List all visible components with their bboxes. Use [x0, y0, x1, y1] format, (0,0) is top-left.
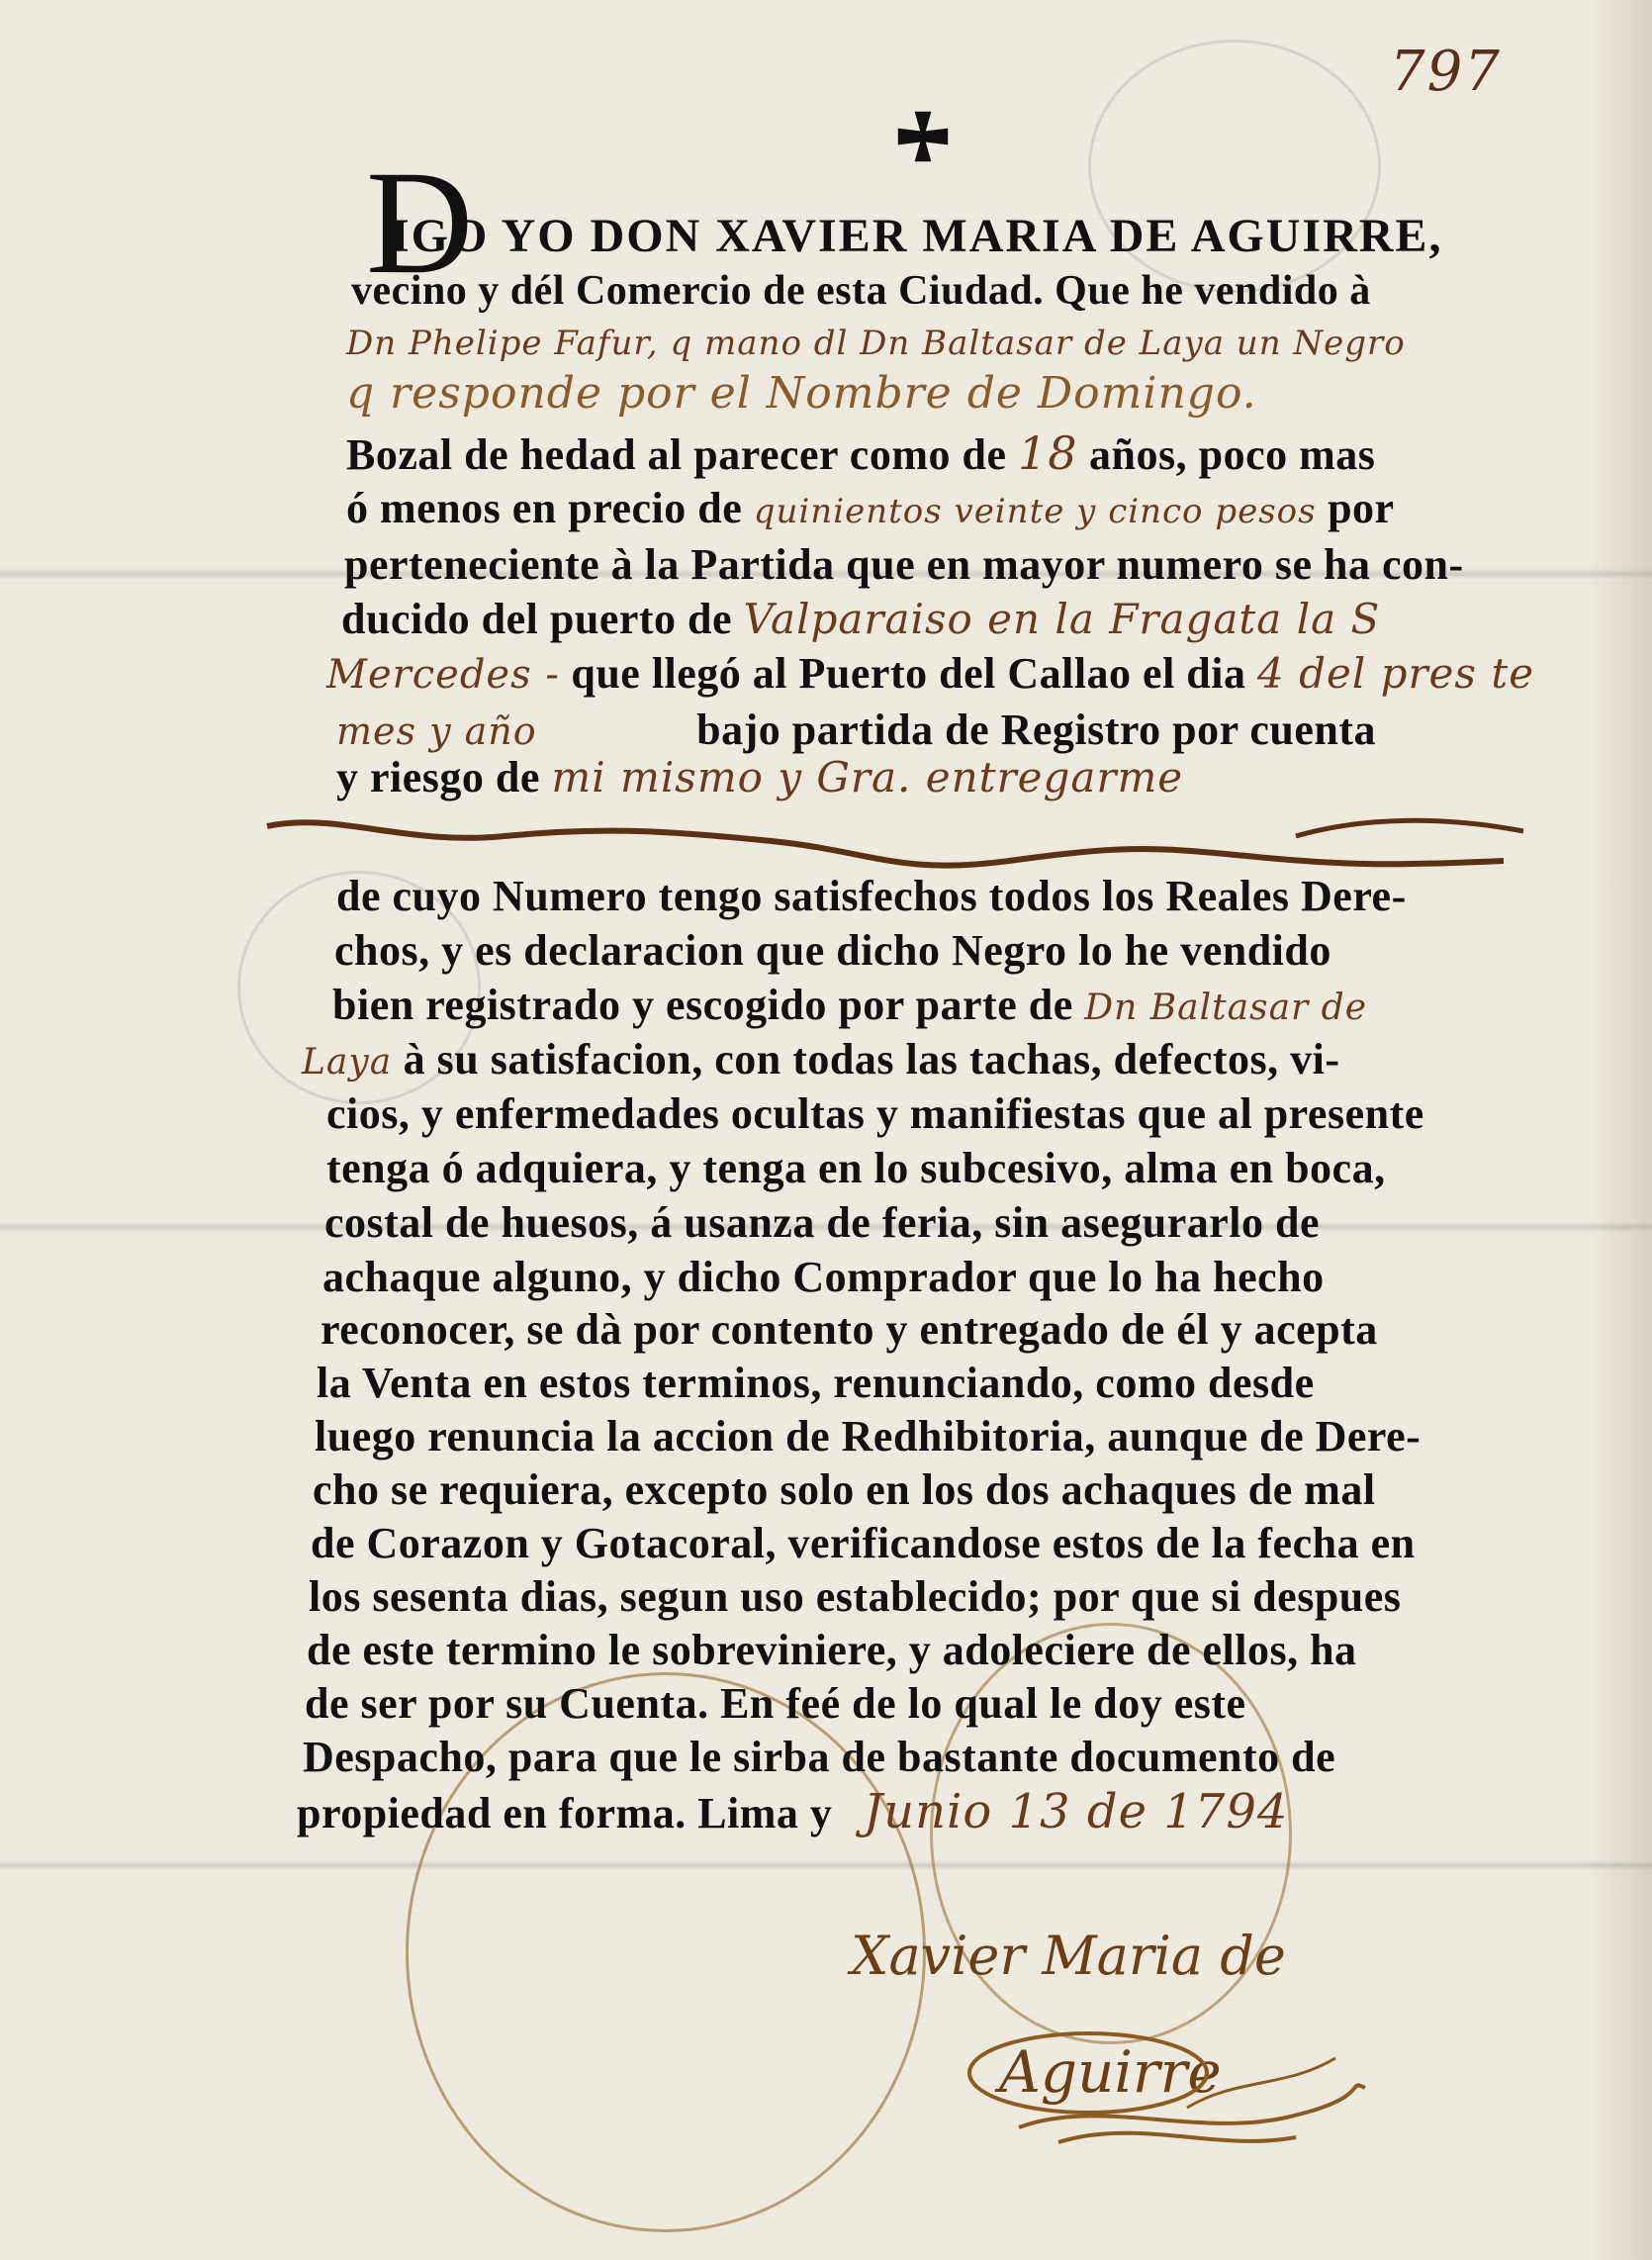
body-line: Laya à su satisfacion, con todas las tac… [302, 1034, 1340, 1088]
handwritten-insert: Dn Phelipe Fafur, q mano dl Dn Baltasar … [346, 324, 1406, 363]
handwritten-insert: mes y año [336, 709, 537, 753]
body-line: perteneciente à la Partida que en mayor … [344, 539, 1464, 591]
body-line: costal de huesos, á usanza de feria, sin… [324, 1197, 1320, 1249]
cross-pattee-icon [895, 109, 951, 164]
body-line: de Corazon y Gotacoral, verificandose es… [311, 1518, 1416, 1569]
handwritten-insert: Valparaiso en la Fragata la S [744, 595, 1381, 643]
handwritten-line: Dn Phelipe Fafur, q mano dl Dn Baltasar … [346, 315, 1406, 369]
body-line: de cuyo Numero tengo satisfechos todos l… [336, 871, 1407, 922]
body-line: de este termino le sobreviniere, y adole… [307, 1625, 1357, 1676]
signature-line-1: Xavier Maria de [851, 1925, 1286, 1987]
body-line: cios, y enfermedades ocultas y manifiest… [326, 1088, 1424, 1140]
body-line: Despacho, para que le sirba de bastante … [303, 1732, 1335, 1783]
body-line: Bozal de hedad al parecer como de 18 año… [346, 427, 1375, 481]
body-line: tenga ó adquiera, y tenga en lo subcesiv… [326, 1143, 1386, 1194]
handwritten-insert: 18 [1018, 426, 1078, 480]
body-line: reconocer, se dà por contento y entregad… [321, 1304, 1378, 1356]
heading-text: IGO YO DON XAVIER MARIA DE AGUIRRE, [391, 210, 1442, 262]
document-page: 797 D IGO YO DON XAVIER MARIA DE AGUIRRE… [0, 0, 1652, 2260]
body-line: la Venta en estos terminos, renunciando,… [317, 1358, 1315, 1409]
signature-rubric [960, 2019, 1375, 2157]
body-line: luego renuncia la accion de Redhibitoria… [315, 1411, 1421, 1462]
handwritten-line: q responde por el Nombre de Domingo. [346, 368, 1257, 420]
heading-line: IGO YO DON XAVIER MARIA DE AGUIRRE, [391, 211, 1442, 262]
body-line: Mercedes - que llegó al Puerto del Calla… [326, 648, 1534, 701]
body-line: los sesenta dias, segun uso establecido;… [309, 1571, 1401, 1623]
handwritten-insert: Dn Baltasar de [1084, 988, 1367, 1028]
handwritten-insert: mi mismo y Gra. entregarme [551, 753, 1183, 801]
body-line: propiedad en forma. Lima y Junio 13 de 1… [297, 1786, 1288, 1839]
handwritten-insert: quinientos veinte y cinco pesos [754, 492, 1317, 531]
body-line: de ser por su Cuenta. En feé de lo qual … [305, 1678, 1246, 1730]
body-line: chos, y es declaracion que dicho Negro l… [334, 925, 1331, 977]
handwritten-insert: Laya [302, 1042, 392, 1083]
handwritten-date: Junio 13 de 1794 [864, 1784, 1288, 1839]
folio-number: 797 [1390, 40, 1502, 104]
body-line: mes y año bajo partida de Registro por c… [336, 705, 1376, 757]
body-line: ducido del puerto de Valparaiso en la Fr… [341, 594, 1380, 645]
handwritten-insert: q responde por el Nombre de Domingo. [346, 368, 1257, 419]
body-line: achaque alguno, y dicho Comprador que lo… [322, 1252, 1325, 1303]
body-line: ó menos en precio de quinientos veinte y… [346, 483, 1395, 537]
body-line: vecino y dél Comercio de esta Ciudad. Qu… [351, 265, 1371, 317]
handwritten-insert: 4 del pres te [1257, 649, 1534, 698]
body-line: y riesgo de mi mismo y Gra. entregarme [336, 752, 1183, 803]
handwritten-insert: Mercedes - [326, 652, 560, 698]
body-line: cho se requiera, excepto solo en los dos… [313, 1464, 1376, 1516]
body-line: bien registrado y escogido por parte de … [332, 980, 1367, 1034]
